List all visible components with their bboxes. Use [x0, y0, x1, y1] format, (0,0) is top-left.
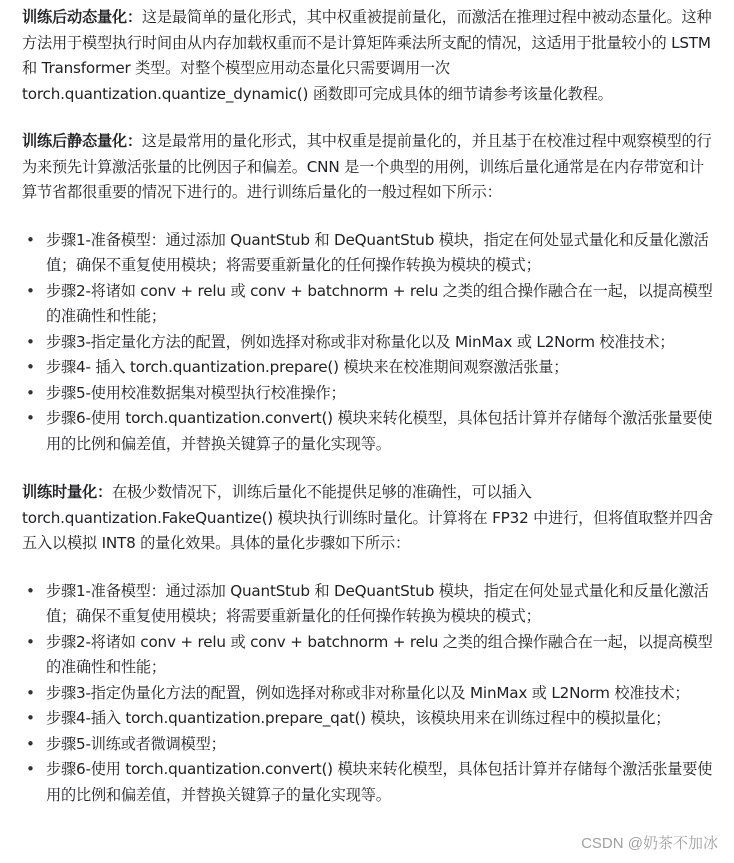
list-item: •步骤3-指定量化方法的配置，例如选择对称或非对称量化以及 MinMax 或 L… [22, 330, 714, 356]
list-item: •步骤5-使用校准数据集对模型执行校准操作； [22, 381, 714, 407]
static-steps-list: •步骤1-准备模型：通过添加 QuantStub 和 DeQuantStub 模… [22, 228, 714, 458]
bullet-icon: • [26, 757, 35, 783]
list-item: •步骤4- 插入 torch.quantization.prepare() 模块… [22, 355, 714, 381]
csdn-watermark: CSDN @奶茶不加冰 [581, 832, 718, 853]
list-item: •步骤1-准备模型：通过添加 QuantStub 和 DeQuantStub 模… [22, 228, 714, 279]
bullet-icon: • [26, 381, 35, 407]
heading-qat: 训练时量化： [22, 483, 112, 501]
list-item: •步骤6-使用 torch.quantization.convert() 模块来… [22, 406, 714, 457]
bullet-icon: • [26, 406, 35, 432]
list-item: •步骤1-准备模型：通过添加 QuantStub 和 DeQuantStub 模… [22, 579, 714, 630]
list-item: •步骤5-训练或者微调模型； [22, 732, 714, 758]
list-item: •步骤4-插入 torch.quantization.prepare_qat()… [22, 706, 714, 732]
list-item: •步骤2-将诸如 conv + relu 或 conv + batchnorm … [22, 630, 714, 681]
list-item: •步骤2-将诸如 conv + relu 或 conv + batchnorm … [22, 279, 714, 330]
paragraph-static-quantization: 训练后静态量化：这是最常用的量化形式，其中权重是提前量化的，并且基于在校准过程中… [22, 129, 714, 206]
article-body: 训练后动态量化：这是最简单的量化形式，其中权重被提前量化，而激活在推理过程中被动… [22, 5, 714, 831]
qat-steps-list: •步骤1-准备模型：通过添加 QuantStub 和 DeQuantStub 模… [22, 579, 714, 809]
text-qat: 在极少数情况下，训练后量化不能提供足够的准确性，可以插入 torch.quant… [22, 483, 713, 552]
bullet-icon: • [26, 706, 35, 732]
heading-static-quantization: 训练后静态量化： [22, 132, 142, 150]
list-item: •步骤3-指定伪量化方法的配置，例如选择对称或非对称量化以及 MinMax 或 … [22, 681, 714, 707]
bullet-icon: • [26, 579, 35, 605]
bullet-icon: • [26, 630, 35, 656]
bullet-icon: • [26, 330, 35, 356]
heading-dynamic-quantization: 训练后动态量化： [22, 8, 142, 26]
bullet-icon: • [26, 732, 35, 758]
list-item: •步骤6-使用 torch.quantization.convert() 模块来… [22, 757, 714, 808]
bullet-icon: • [26, 279, 35, 305]
paragraph-dynamic-quantization: 训练后动态量化：这是最简单的量化形式，其中权重被提前量化，而激活在推理过程中被动… [22, 5, 714, 107]
bullet-icon: • [26, 228, 35, 254]
bullet-icon: • [26, 355, 35, 381]
bullet-icon: • [26, 681, 35, 707]
paragraph-qat: 训练时量化：在极少数情况下，训练后量化不能提供足够的准确性，可以插入 torch… [22, 480, 714, 557]
